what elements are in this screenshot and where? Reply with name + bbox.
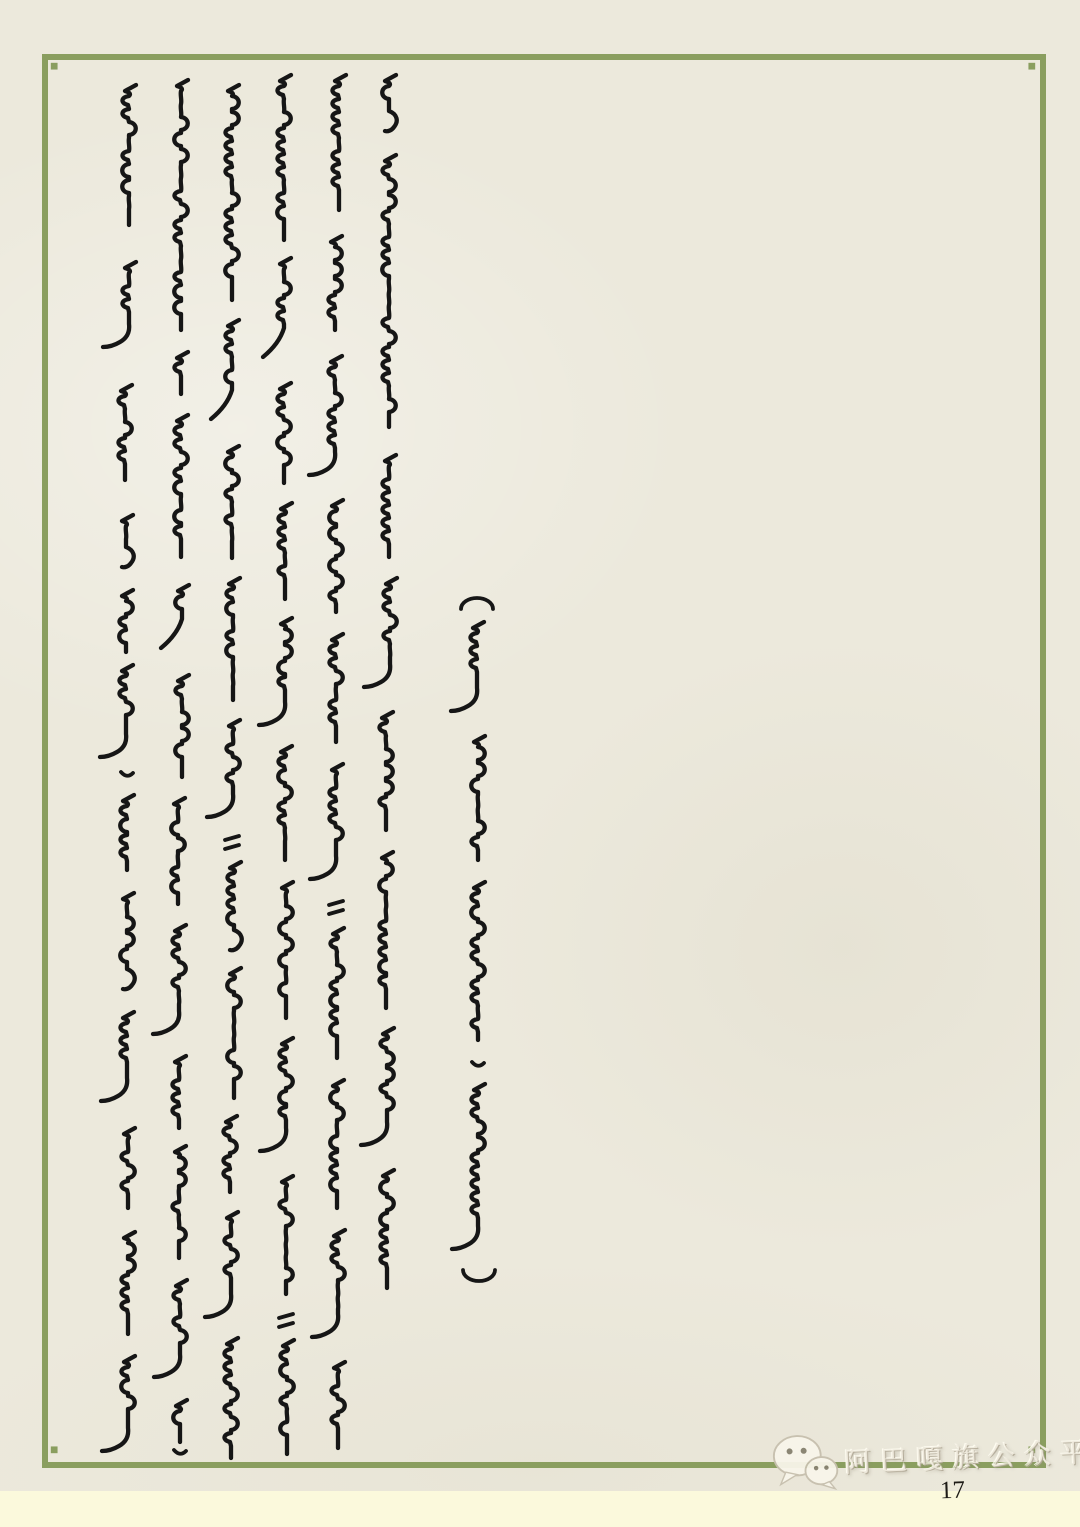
script-word: [174, 415, 188, 557]
script-word: [100, 665, 133, 757]
script-word: [279, 882, 293, 1018]
script-word: [382, 75, 396, 131]
script-word: [471, 736, 485, 860]
script-word: [277, 383, 291, 483]
text-column-2: [153, 80, 189, 1454]
script-mark: [472, 1062, 484, 1066]
script-word: [103, 262, 136, 347]
script-word: [121, 1232, 135, 1334]
script-word: [161, 585, 189, 648]
script-word: [121, 1128, 135, 1208]
script-mark: [174, 1450, 186, 1454]
page: 阿巴嘎旗公众平台 17: [0, 0, 1080, 1527]
script-word: [279, 1176, 293, 1294]
script-word: [118, 385, 132, 480]
script-word: [382, 455, 396, 557]
script-word: [328, 236, 342, 330]
script-word: [329, 634, 343, 742]
script-word: [263, 258, 291, 357]
script-mark: [463, 1270, 495, 1281]
script-word: [154, 1280, 187, 1377]
script-word: [278, 746, 292, 860]
script-word: [172, 1146, 186, 1258]
script-word: [227, 862, 241, 950]
text-column-5: [309, 75, 346, 1448]
page-number: 17: [940, 1477, 966, 1506]
mongolian-text-layer: [0, 0, 1080, 1527]
script-word: [259, 618, 292, 725]
script-word: [277, 75, 291, 240]
script-word: [211, 320, 239, 419]
script-word: [226, 578, 240, 700]
script-word: [207, 720, 240, 817]
text-column-6: [361, 75, 397, 1288]
script-word: [225, 85, 239, 300]
script-word: [101, 1012, 134, 1101]
script-mark: [225, 836, 239, 849]
script-word: [227, 968, 241, 1098]
script-word: [278, 503, 292, 599]
script-mark: [279, 1314, 293, 1327]
script-word: [122, 515, 134, 567]
script-word: [225, 446, 239, 558]
text-column-4: [259, 75, 294, 1454]
script-word: [361, 1028, 394, 1145]
script-word: [379, 852, 393, 1008]
script-word: [364, 578, 397, 687]
script-mark: [461, 598, 493, 609]
script-word: [309, 356, 342, 475]
script-word: [223, 1116, 237, 1192]
script-word: [332, 75, 346, 210]
script-word: [205, 1212, 238, 1317]
script-word: [379, 712, 393, 830]
script-word: [174, 80, 188, 330]
script-word: [172, 1056, 186, 1128]
script-word: [471, 882, 485, 1040]
script-word: [153, 925, 186, 1034]
script-word: [382, 155, 396, 427]
text-column-3: [205, 85, 242, 1458]
script-word: [330, 1080, 344, 1208]
script-word: [260, 1038, 293, 1151]
script-word: [310, 764, 343, 879]
script-word: [120, 893, 134, 989]
script-word: [451, 622, 484, 711]
script-word: [331, 1362, 345, 1448]
script-word: [224, 1338, 238, 1458]
script-word: [173, 1400, 187, 1442]
script-word: [330, 928, 344, 1058]
text-column-1: [100, 85, 136, 1451]
script-word: [102, 1356, 135, 1451]
script-word: [171, 798, 185, 904]
script-word: [174, 352, 188, 394]
script-word: [380, 1170, 394, 1288]
script-mark: [121, 772, 133, 776]
script-word: [312, 1230, 345, 1337]
script-mark: [329, 901, 343, 914]
script-word: [175, 675, 189, 777]
script-word: [452, 1084, 485, 1249]
script-word: [329, 500, 343, 612]
text-column-7: [451, 598, 495, 1281]
footer-strip: [0, 1491, 1080, 1527]
script-word: [122, 85, 136, 225]
script-word: [119, 590, 133, 652]
script-word: [120, 795, 134, 870]
script-word: [280, 1340, 294, 1454]
